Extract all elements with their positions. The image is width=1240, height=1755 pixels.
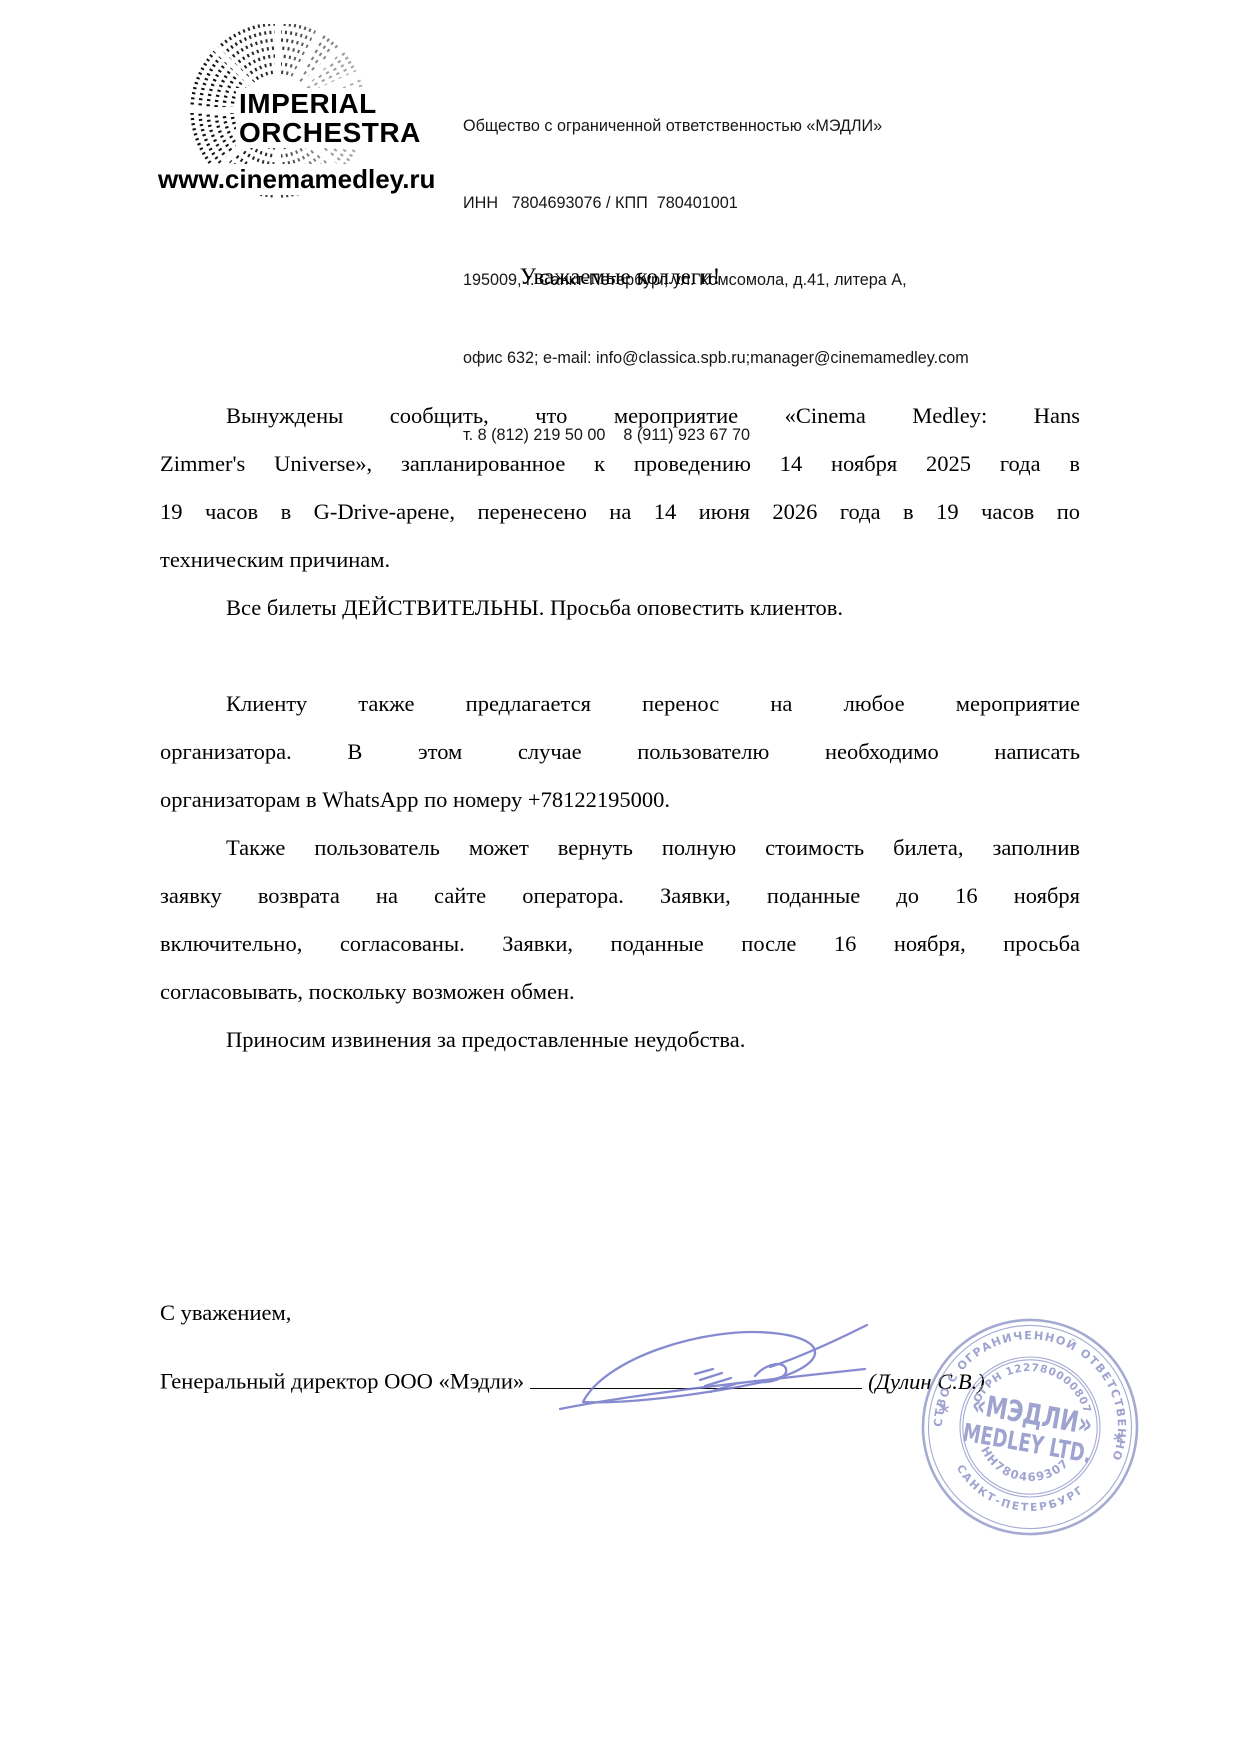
body-line: техническим причинам. [160,536,1080,584]
brand-line-1: IMPERIAL [239,89,421,118]
body-line: включительно, согласованы. Заявки, подан… [160,920,1080,968]
body-line: Клиенту также предлагается перенос на лю… [160,680,1080,728]
salutation: Уважаемые коллеги! [0,264,1240,290]
body-line: заявку возврата на сайте оператора. Заяв… [160,872,1080,920]
brand-website: www.cinemamedley.ru [156,164,437,195]
brand-name: IMPERIAL ORCHESTRA [236,88,424,148]
body-line: организатора. В этом случае пользователю… [160,728,1080,776]
body-line: 19 часов в G-Drive-арене, перенесено на … [160,488,1080,536]
letter-page: IMPERIAL ORCHESTRA www.cinemamedley.ru О… [0,0,1240,1755]
body-line: Также пользователь может вернуть полную … [160,824,1080,872]
body-line: согласовывать, поскольку возможен обмен. [160,968,1080,1016]
body-line: Приносим извинения за предоставленные не… [160,1016,1080,1064]
brand-line-2: ORCHESTRA [239,118,421,147]
body-line: Zimmer's Universe», запланированное к пр… [160,440,1080,488]
body-line: Вынуждены сообщить, что мероприятие «Cin… [160,392,1080,440]
inn-kpp-line: ИНН 7804693076 / КПП 780401001 [463,191,1023,217]
company-logo: IMPERIAL ORCHESTRA www.cinemamedley.ru [150,24,460,204]
handwritten-signature [545,1312,885,1422]
signatory-role: Генеральный директор ООО «Мэдли» [160,1369,524,1394]
letter-body: Вынуждены сообщить, что мероприятие «Cin… [160,392,1080,1064]
body-line: организаторам в WhatsApp по номеру +7812… [160,776,1080,824]
company-name-line: Общество с ограниченной ответственностью… [463,114,1023,140]
email-line: офис 632; e-mail: info@classica.spb.ru;m… [463,346,1023,372]
body-line: Все билеты ДЕЙСТВИТЕЛЬНЫ. Просьба оповес… [160,584,1080,632]
company-stamp: ОБЩЕСТВО С ОГРАНИЧЕННОЙ ОТВЕТСТВЕННОСТЬЮ… [915,1312,1145,1542]
